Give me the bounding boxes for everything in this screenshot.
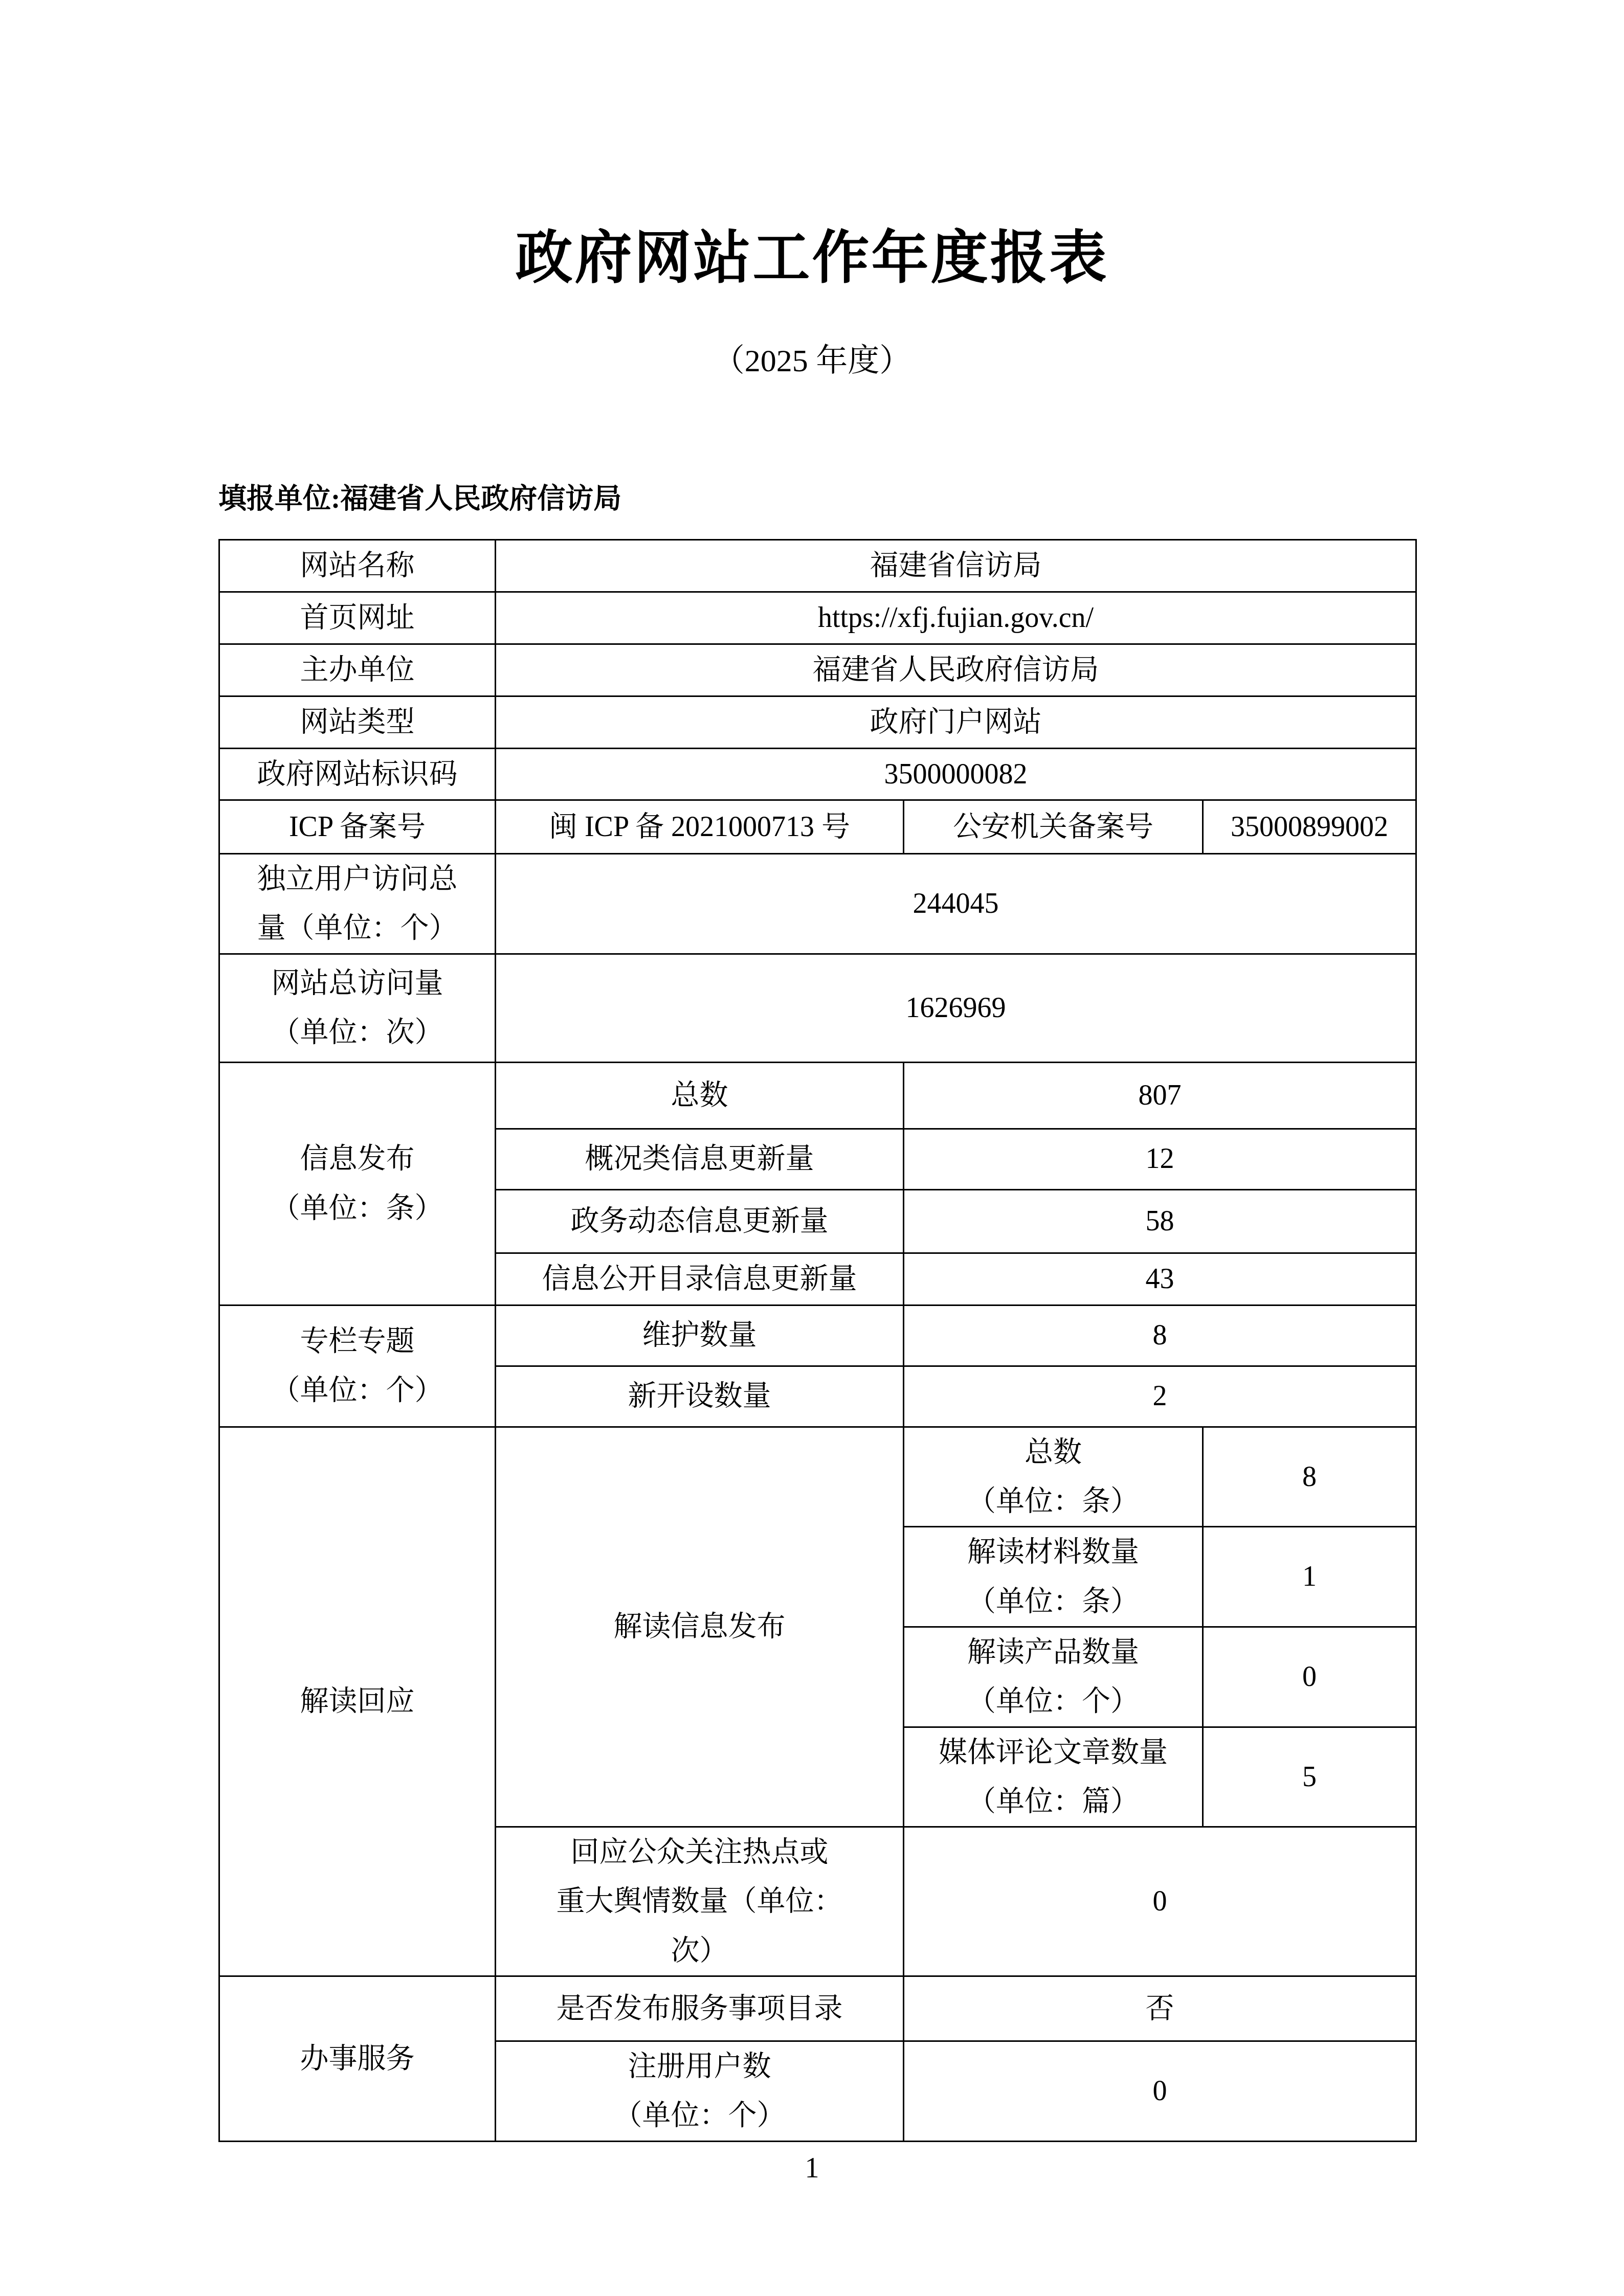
services-item-label: 是否发布服务事项目录 <box>496 1976 904 2041</box>
page-number: 1 <box>0 2152 1624 2185</box>
website-code-label: 政府网站标识码 <box>219 749 496 800</box>
interpretation-item-label: 媒体评论文章数量 （单位：篇） <box>904 1727 1203 1827</box>
police-record-label: 公安机关备案号 <box>904 800 1203 854</box>
special-columns-item-value: 8 <box>904 1305 1416 1366</box>
info-release-item-label: 总数 <box>496 1062 904 1129</box>
icp-label: ICP 备案号 <box>219 800 496 854</box>
website-name-value: 福建省信访局 <box>496 540 1416 592</box>
page-title: 政府网站工作年度报表 <box>0 212 1624 295</box>
info-release-item-value: 43 <box>904 1253 1416 1305</box>
hotspot-response-value: 0 <box>904 1827 1416 1976</box>
interpretation-item-label: 解读材料数量 （单位：条） <box>904 1527 1203 1627</box>
interpretation-item-label: 解读产品数量 （单位：个） <box>904 1627 1203 1727</box>
website-type-label: 网站类型 <box>219 696 496 749</box>
services-item-value: 否 <box>904 1976 1416 2041</box>
website-code-value: 3500000082 <box>496 749 1416 800</box>
interpretation-item-value: 0 <box>1203 1627 1416 1727</box>
services-item-value: 0 <box>904 2041 1416 2142</box>
info-release-item-value: 12 <box>904 1129 1416 1189</box>
document-page: 政府网站工作年度报表 （2025 年度） 填报单位:福建省人民政府信访局 网站名… <box>0 0 1624 2296</box>
info-release-item-label: 概况类信息更新量 <box>496 1129 904 1189</box>
info-release-item-value: 58 <box>904 1189 1416 1253</box>
total-visits-value: 1626969 <box>496 954 1416 1062</box>
unique-visitors-value: 244045 <box>496 854 1416 954</box>
home-url-value: https://xfj.fujian.gov.cn/ <box>496 592 1416 644</box>
interpretation-label: 解读回应 <box>219 1427 496 1976</box>
interpretation-item-value: 5 <box>1203 1727 1416 1827</box>
icp-value: 闽 ICP 备 2021000713 号 <box>496 800 904 854</box>
interpretation-item-label: 总数 （单位：条） <box>904 1427 1203 1527</box>
services-label: 办事服务 <box>219 1976 496 2142</box>
organizer-value: 福建省人民政府信访局 <box>496 644 1416 696</box>
page-subtitle: （2025 年度） <box>0 335 1624 380</box>
info-release-item-value: 807 <box>904 1062 1416 1129</box>
unique-visitors-label: 独立用户访问总 量（单位：个） <box>219 854 496 954</box>
special-columns-item-label: 新开设数量 <box>496 1366 904 1427</box>
hotspot-response-label: 回应公众关注热点或 重大舆情数量（单位： 次） <box>496 1827 904 1976</box>
organizer-label: 主办单位 <box>219 644 496 696</box>
info-release-item-label: 信息公开目录信息更新量 <box>496 1253 904 1305</box>
total-visits-label: 网站总访问量 （单位：次） <box>219 954 496 1062</box>
interpretation-item-value: 1 <box>1203 1527 1416 1627</box>
special-columns-item-label: 维护数量 <box>496 1305 904 1366</box>
website-type-value: 政府门户网站 <box>496 696 1416 749</box>
police-record-value: 35000899002 <box>1203 800 1416 854</box>
services-item-label: 注册用户数 （单位：个） <box>496 2041 904 2142</box>
website-name-label: 网站名称 <box>219 540 496 592</box>
special-columns-label: 专栏专题 （单位：个） <box>219 1305 496 1427</box>
interpretation-item-value: 8 <box>1203 1427 1416 1527</box>
info-release-label: 信息发布 （单位：条） <box>219 1062 496 1305</box>
reporting-unit: 填报单位:福建省人民政府信访局 <box>218 476 621 516</box>
special-columns-item-value: 2 <box>904 1366 1416 1427</box>
annual-report-table: 网站名称 福建省信访局 首页网址 https://xfj.fujian.gov.… <box>218 539 1417 2142</box>
home-url-label: 首页网址 <box>219 592 496 644</box>
interpretation-release-label: 解读信息发布 <box>496 1427 904 1827</box>
info-release-item-label: 政务动态信息更新量 <box>496 1189 904 1253</box>
